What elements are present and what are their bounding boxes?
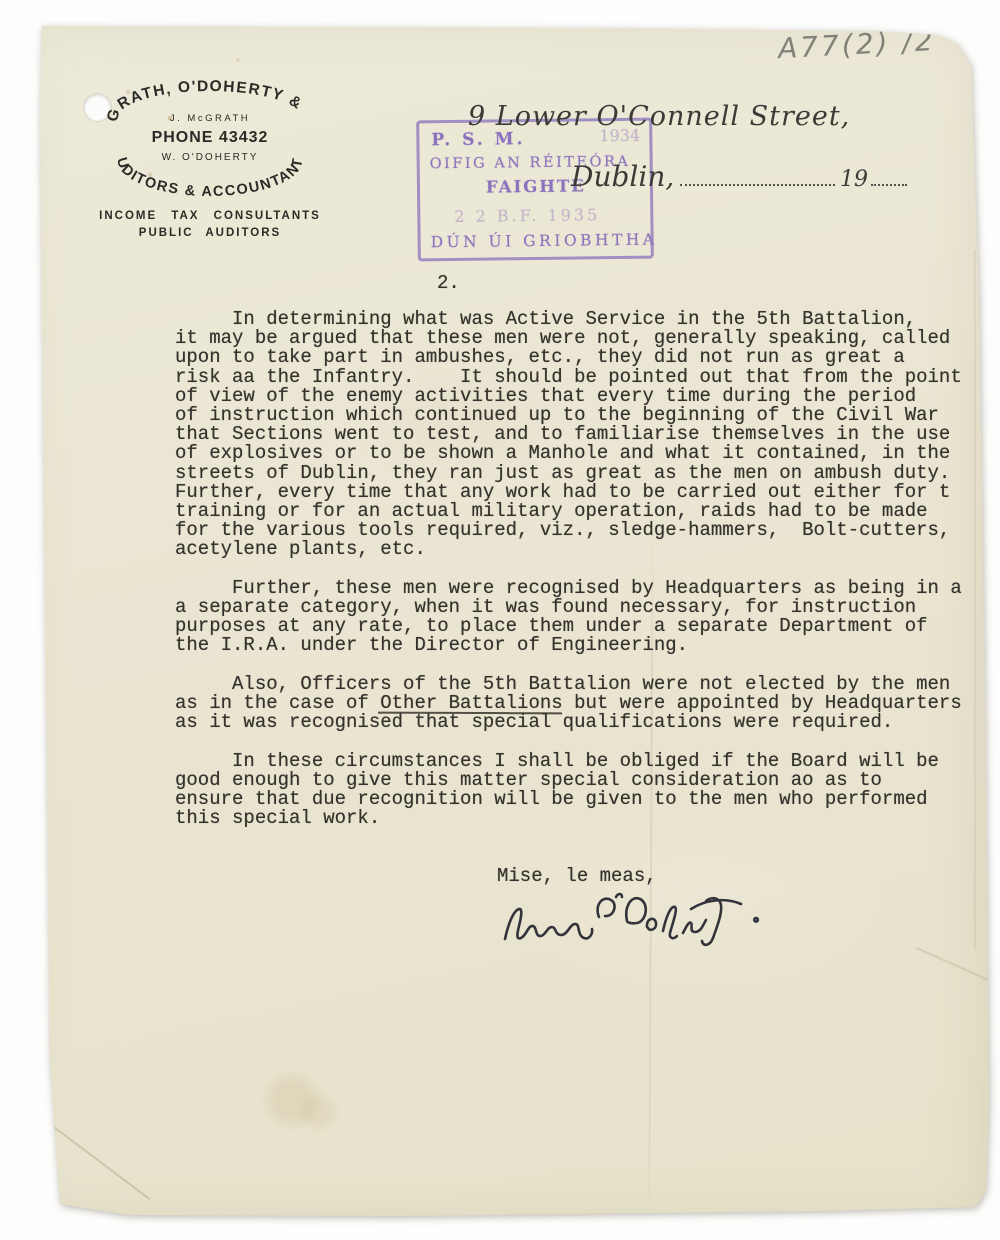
letterhead-phone: PHONE 43432 bbox=[152, 129, 269, 146]
letterhead-services-2: PUBLIC AUDITORS bbox=[139, 227, 281, 239]
paper-shadow: A77(2) /2 McGRATH, O'DOHERTY & CO. AUDIT… bbox=[0, 0, 1000, 1240]
letterhead-date-line: Dublin, 19 bbox=[571, 160, 907, 193]
stamp-location-text: DÚN ÚI GRIOBHTHA bbox=[431, 231, 658, 252]
letterhead-partner-1: J. McGRATH bbox=[170, 113, 250, 124]
paragraph-4: In these circumstances I shall be oblige… bbox=[175, 752, 975, 829]
signature-handwriting bbox=[475, 885, 775, 957]
paragraph-2: Further, these men were recognised by He… bbox=[175, 579, 975, 656]
letterhead-year-prefix: 19 bbox=[840, 167, 868, 192]
paragraph-1: In determining what was Active Service i… bbox=[175, 310, 975, 560]
letterhead-logo: McGRATH, O'DOHERTY & CO. AUDITORS & ACCO… bbox=[98, 66, 322, 246]
paragraph-3: Also, Officers of the 5th Battalion were… bbox=[175, 675, 975, 733]
closing-salutation: Mise, le meas, bbox=[497, 867, 657, 886]
stamp-psm-text: P. S. M. bbox=[431, 129, 525, 150]
letterhead-street-address: 9 Lower O'Connell Street, bbox=[468, 101, 850, 132]
scanned-letter-page: A77(2) /2 McGRATH, O'DOHERTY & CO. AUDIT… bbox=[0, 0, 1000, 1240]
dotted-leader-short bbox=[871, 164, 907, 186]
paper-crease-bottom-left bbox=[29, 1108, 150, 1200]
archive-reference-annotation: A77(2) /2 bbox=[777, 24, 936, 65]
letterhead-city: Dublin, bbox=[571, 160, 674, 193]
dotted-leader bbox=[680, 164, 835, 186]
paper-crease-right bbox=[915, 947, 998, 985]
letterhead-services-1: INCOME TAX CONSULTANTS bbox=[99, 210, 321, 222]
stamp-date-text: 2 2 B.F. 1935 bbox=[454, 205, 600, 226]
paper-sheet: A77(2) /2 McGRATH, O'DOHERTY & CO. AUDIT… bbox=[0, 0, 1000, 1240]
letter-body: In determining what was Active Service i… bbox=[175, 310, 975, 848]
page-number: 2. bbox=[437, 274, 460, 293]
letterhead-partner-2: W. O'DOHERTY bbox=[162, 152, 259, 163]
